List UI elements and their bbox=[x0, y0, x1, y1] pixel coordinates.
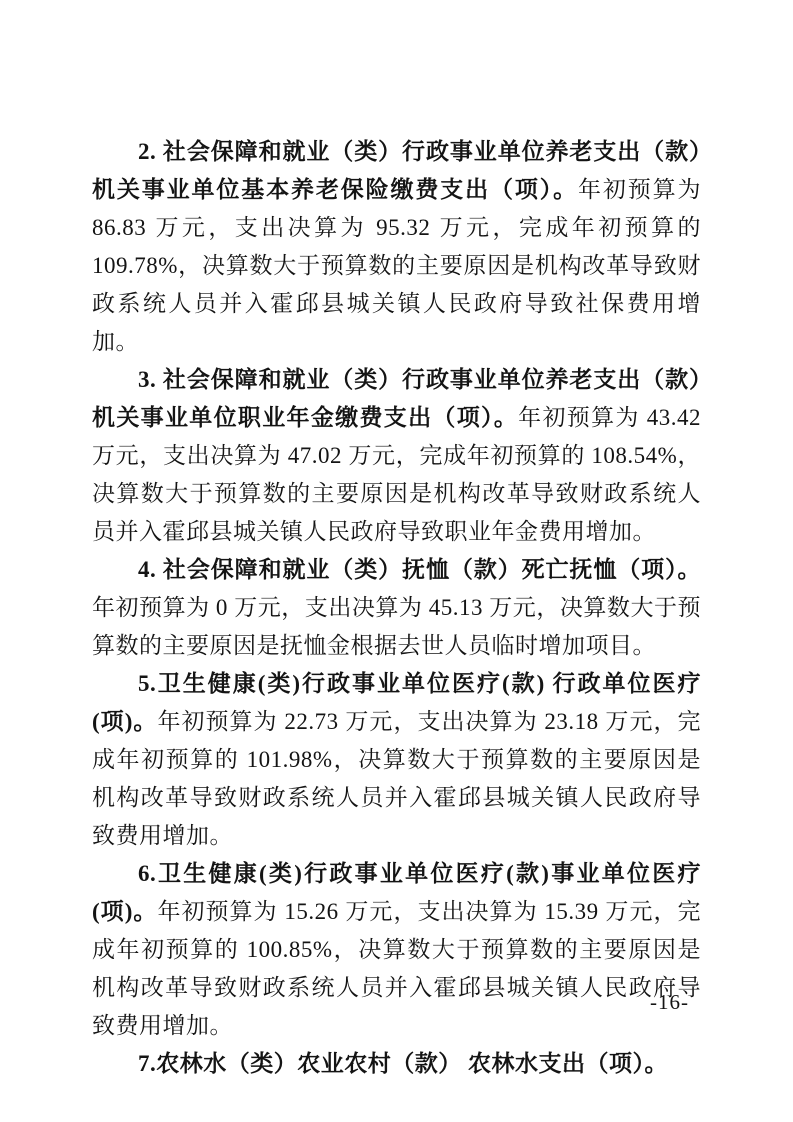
paragraph-7-heading: 7.农林水（类）农业农村（款） 农林水支出（项）。 bbox=[138, 1051, 668, 1076]
paragraph-3: 3. 社会保障和就业（类）行政事业单位养老支出（款）机关事业单位职业年金缴费支出… bbox=[92, 361, 701, 551]
paragraph-4-body: 年初预算为 0 万元，支出决算为 45.13 万元，决算数大于预算数的主要原因是… bbox=[92, 595, 701, 658]
paragraph-7: 7.农林水（类）农业农村（款） 农林水支出（项）。 bbox=[92, 1045, 701, 1083]
paragraph-4-heading: 4. 社会保障和就业（类）抚恤（款）死亡抚恤（项）。 bbox=[138, 557, 701, 582]
page-number: -16- bbox=[650, 990, 689, 1015]
paragraph-4: 4. 社会保障和就业（类）抚恤（款）死亡抚恤（项）。年初预算为 0 万元，支出决… bbox=[92, 551, 701, 665]
paragraph-6-body: 年初预算为 15.26 万元，支出决算为 15.39 万元，完成年初预算的 10… bbox=[92, 899, 701, 1038]
paragraph-2-body: 年初预算为 86.83 万元，支出决算为 95.32 万元，完成年初预算的 10… bbox=[92, 177, 701, 354]
paragraph-5: 5.卫生健康(类)行政事业单位医疗(款) 行政单位医疗(项)。年初预算为 22.… bbox=[92, 665, 701, 855]
paragraph-6: 6.卫生健康(类)行政事业单位医疗(款)事业单位医疗(项)。年初预算为 15.2… bbox=[92, 855, 701, 1045]
document-body: 2. 社会保障和就业（类）行政事业单位养老支出（款）机关事业单位基本养老保险缴费… bbox=[92, 133, 701, 1083]
paragraph-5-body: 年初预算为 22.73 万元，支出决算为 23.18 万元，完成年初预算的 10… bbox=[92, 709, 701, 848]
document-page: 2. 社会保障和就业（类）行政事业单位养老支出（款）机关事业单位基本养老保险缴费… bbox=[0, 0, 793, 1122]
paragraph-2: 2. 社会保障和就业（类）行政事业单位养老支出（款）机关事业单位基本养老保险缴费… bbox=[92, 133, 701, 361]
